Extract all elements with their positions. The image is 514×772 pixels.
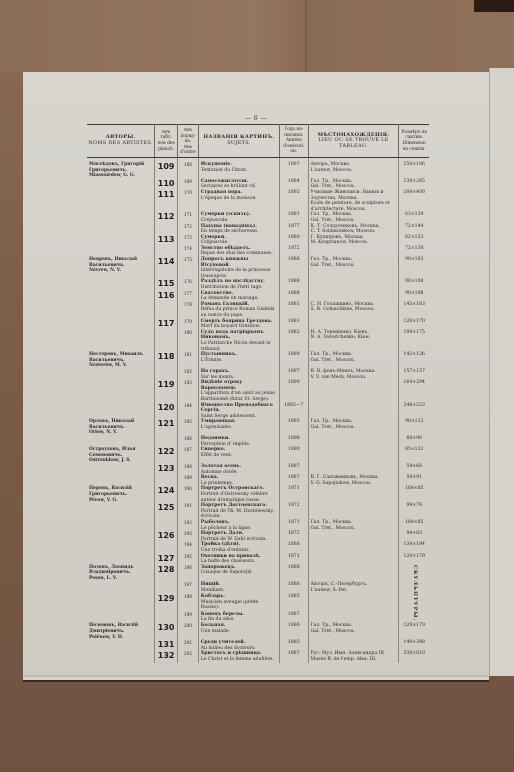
author-cell (87, 246, 155, 257)
col-order: №№ поряд-ка. №№ d'ordre (178, 125, 199, 158)
plate-number: 114 (155, 257, 178, 279)
dimensions-cell: 90×108 (399, 279, 429, 290)
dimensions-cell: 72×144 (399, 224, 429, 235)
table-row: Нестеровъ, Михаилъ Васильевичъ.Nésteröw,… (87, 352, 429, 369)
location-cell (308, 640, 399, 651)
order-number: 200 (178, 623, 199, 640)
title-fr: L'Ermite. (201, 358, 277, 364)
location-cell: Гал. Тр., Москва.Gal. Tret., Moscou. (308, 257, 399, 279)
location-cell (308, 279, 399, 290)
table-row: Позенъ, Леонидъ Владиміровичъ.Posen, L. … (87, 565, 429, 583)
title-cell: Христосъ и грѣшница.Le Christ et la femm… (198, 651, 279, 662)
order-number: 193 (178, 531, 199, 542)
col-plate-fr: №№ des planch. (156, 141, 176, 152)
table-row: 110169Самосожигатели.Sectaires se brûlan… (87, 179, 429, 190)
plate-number (155, 246, 178, 257)
year-cell: 1871 (280, 486, 308, 503)
table-row: 182На горахъ.Sur les monts.1897В. В. фон… (87, 369, 429, 380)
author-cell (87, 475, 155, 486)
title-ru: Судъ надъ патріархомъ Никономъ. (201, 330, 277, 341)
table-row: 127195Охотники на привалѣ.La halte des c… (87, 554, 429, 565)
location-cell (308, 594, 399, 612)
title-cell: Смерть боярина Грездова.Mort du boyard G… (198, 319, 279, 330)
author-cell (87, 319, 155, 330)
table-row: 172Пахуны (наваднікъ).En temps de sécher… (87, 224, 429, 235)
year-cell: 1882 (280, 330, 308, 352)
year-cell: 1885 (280, 640, 308, 651)
author-name-ru: Остроуховъ, Илья Семеновичъ. (89, 447, 152, 458)
order-number: 176 (178, 279, 199, 290)
dimensions-cell: 68×90 (399, 436, 429, 447)
cardboard-crease (305, 0, 307, 72)
location-fr: Ecole de peinture, de sculpture et d'arc… (311, 201, 397, 212)
location-cell: Г. Кушпровъ, Москва.M. Kouprianow, Mosco… (308, 235, 399, 246)
location-cell (308, 403, 399, 420)
order-number: 195 (178, 554, 199, 565)
col-location: МѢСТОНАХОЖДЕНІЯ. LIEU OU SE TROUVE LE TA… (308, 125, 399, 158)
year-cell: 1893 (280, 419, 308, 436)
table-row: 197Нищій.Mendiant.1886Авторъ, С.-Петербу… (87, 582, 429, 594)
title-cell: Искушеніе.Tentation du Christ. (198, 162, 279, 179)
plate-number (155, 520, 178, 531)
plate-number (155, 542, 178, 553)
title-fr: Refus du prince Roman Galitski au nonce … (201, 307, 277, 318)
title-fr: L'agonisante. (201, 425, 277, 431)
col-title: НАЗВАНІЯ КАРТИНЪ. SUJETS. (198, 125, 279, 158)
author-name-ru: Невревъ, Николай Васильевичъ. (89, 257, 152, 268)
dimensions-cell: 90×103 (399, 257, 429, 279)
title-cell: Сумерки (эскизъ).Crépuscule. (198, 212, 279, 223)
location-fr: L'auteur, Moscou. (311, 168, 397, 174)
location-cell: Гал. Тр., Москва.Gal. Tret., Moscou. (308, 352, 399, 369)
plate-number (155, 436, 178, 447)
author-cell (87, 554, 155, 565)
year-cell: 1896 (280, 436, 308, 447)
title-fr: L'époque de la moisson. (201, 196, 277, 202)
page-number: — 6 — (23, 115, 489, 122)
table-header-row: АВТОРЫ. NOMS DES ARTISTES. №№ табл. №№ d… (87, 125, 429, 158)
author-cell (87, 651, 155, 662)
author-name-ru: Перовъ, Василій Григорьевичъ. (89, 486, 152, 497)
location-cell: Гал. Тр., Москва.Gal. Tret., Moscou. (308, 419, 399, 436)
location-cell: Н. А. Терещенко, Кіевъ.N. A. Terestchenk… (308, 330, 399, 352)
title-ru: Видѣніе отроку Варѳоломею. (201, 380, 277, 391)
title-cell: Допросъ княжны Юсуповой.Interrogatoire d… (198, 257, 279, 279)
title-fr: Une malade. (201, 629, 277, 635)
author-cell (87, 369, 155, 380)
col-dimensions: Размѣръ въ сантим. Dimension en centim. (399, 125, 429, 158)
col-order-ru: №№ поряд-ка. (179, 127, 197, 144)
table-row: 111170Страдная пора.L'époque de la moiss… (87, 190, 429, 212)
plate-number: 111 (155, 190, 178, 212)
year-cell: 1872 (280, 531, 308, 542)
author-cell: Невревъ, Николай Васильевичъ.Névrew, N. … (87, 257, 155, 279)
document-page: — 6 — АВТОРЫ. NOMS DES ARTISTES. №№ табл… (23, 72, 489, 675)
dimensions-cell: 164×294 (399, 380, 429, 402)
author-cell (87, 380, 155, 402)
author-cell (87, 302, 155, 319)
title-fr: L'apparition d'un saint au jeune Barthol… (201, 391, 277, 402)
dimensions-cell: 246×223 (399, 403, 429, 420)
location-cell (308, 380, 399, 402)
col-plate: №№ табл. №№ des planch. (155, 125, 178, 158)
location-cell (308, 436, 399, 447)
author-cell (87, 291, 155, 302)
location-cell: Гал. Тр., Москва.Gal. Tret., Moscou. (308, 623, 399, 640)
author-cell: Перовъ, Василій Григорьевичъ.Pérow, V. G… (87, 486, 155, 503)
title-cell: Портретъ Островскаго.Portrait d'Ostrowsk… (198, 486, 279, 503)
table-row: 123188Золотая осень.Automne dorée.188754… (87, 464, 429, 475)
location-cell: Авторъ, С.-Петербургъ.L'auteur, S.-Pet. (308, 582, 399, 594)
plate-number: 117 (155, 319, 178, 330)
plate-number: 123 (155, 464, 178, 475)
location-fr: L'auteur, S.-Pet. (311, 588, 397, 594)
dimensions-cell: 200×400 (399, 190, 429, 212)
author-name-ru: Поленовъ, Василій Дмитріевичъ. (89, 623, 152, 634)
order-number: 186 (178, 436, 199, 447)
title-cell: Кобзарь.Musicien aveugle (petite Russie)… (198, 594, 279, 612)
order-number: 169 (178, 179, 199, 190)
dimensions-cell: 90×108 (399, 291, 429, 302)
order-number: 198 (178, 594, 199, 612)
title-cell: Сиверко.Effet de vent. (198, 447, 279, 464)
title-cell: Видѣніе отроку Варѳоломею.L'apparition d… (198, 380, 279, 402)
col-year-fr: Années d'exécuti-on. (281, 138, 306, 155)
title-fr: Cosaque de Saporojié. (201, 570, 277, 576)
dimensions-cell: 72×130 (399, 246, 429, 257)
order-number: 197 (178, 582, 199, 594)
background-cardboard (0, 0, 514, 72)
table-row: 189Весна.Le printemps.1887В. Г. Сапожник… (87, 475, 429, 486)
dimensions-cell: 142×126 (399, 352, 429, 369)
title-cell: Весна.Le printemps. (198, 475, 279, 486)
order-number: 185 (178, 419, 199, 436)
author-cell (87, 531, 155, 542)
location-cell: С. Н. Голашкинъ, Москва.S. N. Golnachkin… (308, 302, 399, 319)
dimensions-cell: 82×153 (399, 235, 429, 246)
location-cell (308, 246, 399, 257)
table-row: Невревъ, Николай Васильевичъ.Névrew, N. … (87, 257, 429, 279)
table-row: 192Рыболовъ.Le pêcheur à la ligne.1871Га… (87, 520, 429, 531)
order-number: 174 (178, 246, 199, 257)
author-cell: Мясоѣдовъ, Григорій Григорьевичъ.Miassoï… (87, 162, 155, 179)
plate-number (155, 612, 178, 624)
location-cell: Гал. Тр., Москва.Gal. Tret., Moscou. (308, 520, 399, 531)
order-number: 179 (178, 319, 199, 330)
dimensions-cell: 126×170 (399, 319, 429, 330)
location-cell (308, 486, 399, 503)
title-cell: Страдная пора.L'époque de la moisson. (198, 190, 279, 212)
table-row: 194Тройка (дѣти).Une troïka d'enfants.18… (87, 542, 429, 553)
author-cell (87, 503, 155, 520)
author-cell (87, 235, 155, 246)
location-cell: Рус. Муз. Имп. Александра III.Musée R. d… (308, 651, 399, 662)
order-number: 196 (178, 565, 199, 583)
location-fr: Gal. Tret., Moscou. (311, 425, 397, 431)
year-cell: 1888 (280, 291, 308, 302)
table-row: 125191Портретъ Достоевскаго.Portrait de … (87, 503, 429, 520)
order-number: 168 (178, 162, 199, 179)
location-fr: N. A. Terestchenko, Kiew. (311, 335, 397, 341)
plate-number: 113 (155, 235, 178, 246)
author-cell (87, 582, 155, 594)
location-ru: Училище Живописи, Ваянія и Зодчества, Мо… (311, 190, 397, 201)
year-cell: 1887 (280, 475, 308, 486)
plate-number: 109 (155, 162, 178, 179)
plate-number: 125 (155, 503, 178, 520)
year-cell: 1897 (280, 369, 308, 380)
author-name-ru: Орловъ, Николай Васильевичъ. (89, 419, 152, 430)
col-year: Года на-писанія. Années d'exécuti-on. (280, 125, 308, 158)
plate-number: 112 (155, 212, 178, 223)
title-cell: Больная.Une malade. (198, 623, 279, 640)
author-cell: Позенъ, Леонидъ Владиміровичъ.Posen, L. … (87, 565, 155, 583)
title-cell: Самосожигатели.Sectaires se brûlant vif. (198, 179, 279, 190)
year-cell: 1880 (280, 235, 308, 246)
author-cell (87, 542, 155, 553)
year-cell: 1866 (280, 542, 308, 553)
location-cell (308, 554, 399, 565)
author-cell (87, 279, 155, 290)
order-number: 191 (178, 503, 199, 520)
table-row: 119183Видѣніе отроку Варѳоломею.L'appari… (87, 380, 429, 402)
author-cell (87, 640, 155, 651)
location-cell (308, 542, 399, 553)
plate-number: 119 (155, 380, 178, 402)
table-row: Поленовъ, Василій Дмитріевичъ.Polénow, V… (87, 623, 429, 640)
author-cell: Остроуховъ, Илья Семеновичъ.Ostroukhow, … (87, 447, 155, 464)
order-number: 188 (178, 464, 199, 475)
col-authors-fr: NOMS DES ARTISTES. (88, 141, 153, 147)
order-number: 194 (178, 542, 199, 553)
title-cell: Золотая осень.Automne dorée. (198, 464, 279, 475)
author-name-fr: Névrew, N. V. (89, 268, 152, 274)
year-cell: 1881 (280, 302, 308, 319)
table-row: 113173Сумерки.Crépuscule.1880Г. Кушпровъ… (87, 235, 429, 246)
title-cell: Запорожецъ.Cosaque de Saporojié. (198, 565, 279, 583)
year-cell: 1871 (280, 520, 308, 531)
location-cell (308, 464, 399, 475)
dimensions-cell: 129×179 (399, 623, 429, 640)
order-number: 202 (178, 651, 199, 662)
author-cell (87, 330, 155, 352)
author-cell (87, 594, 155, 612)
location-cell: Гал. Тр., Москва.Gal. Tret., Moscou. (308, 179, 399, 190)
plate-number (155, 330, 178, 352)
plate-number: 121 (155, 419, 178, 436)
dimensions-cell: 90×112 (399, 419, 429, 436)
table-row: 174Земство обѣдаетъ.Repas des élus des c… (87, 246, 429, 257)
year-cell: 1888 (280, 565, 308, 583)
table-row: 126193Портретъ Даля.Portrait de W. Dahl … (87, 531, 429, 542)
plate-number: 130 (155, 623, 178, 640)
dimensions-cell: 94×83 (399, 531, 429, 542)
order-number: 199 (178, 612, 199, 624)
year-cell: 1883 (280, 594, 308, 612)
dimensions-cell: 108×85 (399, 486, 429, 503)
location-cell: Авторъ, Москва.L'auteur, Moscou. (308, 162, 399, 179)
catalog-table: АВТОРЫ. NOMS DES ARTISTES. №№ табл. №№ d… (87, 124, 429, 663)
order-number: 187 (178, 447, 199, 464)
location-fr: Gal. Tret., Moscou. (311, 263, 397, 269)
plate-number: 116 (155, 291, 178, 302)
title-cell: Портретъ Даля.Portrait de W. Dahl écriva… (198, 531, 279, 542)
location-fr: Gal. Tret., Moscou. (311, 358, 397, 364)
dimensions-cell: 54×68 (399, 464, 429, 475)
year-cell: 1872 (280, 503, 308, 520)
order-number: 182 (178, 369, 199, 380)
year-cell: 1887 (280, 612, 308, 624)
plate-number: 129 (155, 594, 178, 612)
plate-number: 131 (155, 640, 178, 651)
dimensions-cell: 134×194 (399, 542, 429, 553)
order-number: 178 (178, 302, 199, 319)
title-cell: Умирающая.L'agonisante. (198, 419, 279, 436)
author-name-ru: Мясоѣдовъ, Григорій Григорьевичъ. (89, 162, 152, 173)
title-cell: Юношество Преподобнаго Сергія.Saint Serg… (198, 403, 279, 420)
year-cell: 1886 (280, 257, 308, 279)
order-number: 172 (178, 224, 199, 235)
title-cell: Рыболовъ.Le pêcheur à la ligne. (198, 520, 279, 531)
author-name-ru: Позенъ, Леонидъ Владиміровичъ. (89, 565, 152, 576)
year-cell: 1887 (280, 464, 308, 475)
year-cell: 1886 (280, 623, 308, 640)
plate-number: 120 (155, 403, 178, 420)
table-row: 129198Кобзарь.Musicien aveugle (petite R… (87, 594, 429, 612)
order-number: 189 (178, 475, 199, 486)
col-authors: АВТОРЫ. NOMS DES ARTISTES. (87, 125, 155, 158)
title-cell: Пустынникъ.L'Ermite. (198, 352, 279, 369)
dimensions-cell: 120×179 (399, 554, 429, 565)
dimensions-cell: 94×78 (399, 503, 429, 520)
table-row: 131201Среди учителей.Au milieu des docte… (87, 640, 429, 651)
year-cell: 1881 (280, 212, 308, 223)
dimensions-cell: 108×175 (399, 330, 429, 352)
title-ru: Допросъ княжны Юсуповой. (201, 257, 277, 268)
location-cell: Гал. Тр., Москва.Gal. Tret., Moscou. (308, 212, 399, 223)
dimensions-cell: 108×85 (399, 520, 429, 531)
shadow (474, 0, 514, 12)
location-cell: В. В. фонъ-Меккъ, Москва.V. V. van Meck,… (308, 369, 399, 380)
table-row: Остроуховъ, Илья Семеновичъ.Ostroukhow, … (87, 447, 429, 464)
order-number: 175 (178, 257, 199, 279)
plate-number: 110 (155, 179, 178, 190)
title-ru: Портретъ Достоевскаго. (201, 503, 277, 509)
order-number: 181 (178, 352, 199, 369)
year-cell: 1892 (280, 190, 308, 212)
title-cell: Пахуны (наваднікъ).En temps de sécheress… (198, 224, 279, 235)
table-row: 115176Раздѣлъ по наслѣдству.Distribution… (87, 279, 429, 290)
year-cell: 1871 (280, 554, 308, 565)
author-cell (87, 436, 155, 447)
plate-number: 128 (155, 565, 178, 583)
year-cell: 1890 (280, 380, 308, 402)
order-number: 184 (178, 403, 199, 420)
location-cell (308, 565, 399, 583)
location-cell: Училище Живописи, Ваянія и Зодчества, Мо… (308, 190, 399, 212)
order-number: 173 (178, 235, 199, 246)
location-fr: Musée R. de l'emp. Alex. III. (311, 657, 397, 663)
title-cell: Романъ Галицкій.Refus du prince Roman Ga… (198, 302, 279, 319)
col-title-fr: SUJETS. (200, 141, 278, 147)
dimensions-cell: 330×610 (399, 651, 429, 662)
col-year-ru: Года на-писанія. (281, 127, 306, 138)
plate-number: 127 (155, 554, 178, 565)
order-number: 192 (178, 520, 199, 531)
location-fr: S. N. Golnachkine, Moscou. (311, 307, 397, 313)
year-cell: 1897 (280, 162, 308, 179)
table-row: 180Судъ надъ патріархомъ Никономъ.Le Pat… (87, 330, 429, 352)
author-cell (87, 464, 155, 475)
author-cell: Орловъ, Николай Васильевичъ.Orlow, N. V. (87, 419, 155, 436)
title-fr: Mendiant. (201, 588, 277, 594)
table-row: Мясоѣдовъ, Григорій Григорьевичъ.Miassoï… (87, 162, 429, 179)
dimensions-cell: 139×285 (399, 179, 429, 190)
title-cell: Земство обѣдаетъ.Repas des élus des comm… (198, 246, 279, 257)
author-name-fr: Posen, L. V. (89, 576, 152, 582)
year-cell: 1888 (280, 279, 308, 290)
plate-number (155, 475, 178, 486)
location-cell (308, 447, 399, 464)
title-cell: Сумерки.Crépuscule. (198, 235, 279, 246)
table-row: 178Романъ Галицкій.Refus du prince Roman… (87, 302, 429, 319)
plate-number (155, 582, 178, 594)
col-location-fr: LIEU OU SE TROUVE LE TABLEAU. (310, 138, 398, 149)
table-row: Орловъ, Николай Васильевичъ.Orlow, N. V.… (87, 419, 429, 436)
table-row: 117179Смерть боярина Грездова.Mort du bo… (87, 319, 429, 330)
author-cell (87, 224, 155, 235)
author-cell (87, 179, 155, 190)
title-cell: Портретъ Достоевскаго.Portrait de Th. M.… (198, 503, 279, 520)
title-fr: Portrait de Th. M. Dostoïewsky, écrivain… (201, 509, 277, 520)
col-order-fr: №№ d'ordre (179, 144, 197, 155)
year-cell: 1881 (280, 319, 308, 330)
dimensions-cell: 143×183 (399, 302, 429, 319)
year-cell: 1892—7 (280, 403, 308, 420)
title-cell: Сватовство.La demande en mariage. (198, 291, 279, 302)
plate-number: 126 (155, 531, 178, 542)
sculpture-label: СКУЛЬПТУРЫ. (411, 565, 417, 621)
author-name-ru: Нестеровъ, Михаилъ Васильевичъ. (89, 352, 152, 363)
next-page-edge (489, 68, 514, 676)
author-cell: Нестеровъ, Михаилъ Васильевичъ.Nésteröw,… (87, 352, 155, 369)
order-number: 177 (178, 291, 199, 302)
plate-number: 118 (155, 352, 178, 369)
title-fr: Effet de vent. (201, 453, 277, 459)
dimensions-cell: 85×131 (399, 447, 429, 464)
title-cell: Охотники на привалѣ.La halte des chasseu… (198, 554, 279, 565)
table-row: 120184Юношество Преподобнаго Сергія.Sain… (87, 403, 429, 420)
year-cell: 1877 (280, 224, 308, 235)
author-cell: Поленовъ, Василій Дмитріевичъ.Polénow, V… (87, 623, 155, 640)
year-cell: 1890 (280, 447, 308, 464)
title-cell: Судъ надъ патріархомъ Никономъ.Le Patria… (198, 330, 279, 352)
location-cell (308, 291, 399, 302)
title-ru: Юношество Преподобнаго Сергія. (201, 403, 277, 414)
title-fr: Le Christ et la femme adultère. (201, 657, 277, 663)
year-cell: 1886 (280, 582, 308, 594)
year-cell: 1884 (280, 179, 308, 190)
location-cell (308, 531, 399, 542)
table-row: 116177Сватовство.La demande en mariage.1… (87, 291, 429, 302)
location-cell (308, 319, 399, 330)
table-row: 132202Христосъ и грѣшница.Le Christ et l… (87, 651, 429, 662)
title-cell: Среди учителей.Au milieu des docteurs. (198, 640, 279, 651)
table-body: Мясоѣдовъ, Григорій Григорьевичъ.Miassoï… (87, 157, 429, 662)
table-row: 186Недоимки.Perception d' impôts.189668×… (87, 436, 429, 447)
title-fr: Le Patriarche Nicôn devant le tribunal. (201, 341, 277, 352)
author-cell (87, 520, 155, 531)
